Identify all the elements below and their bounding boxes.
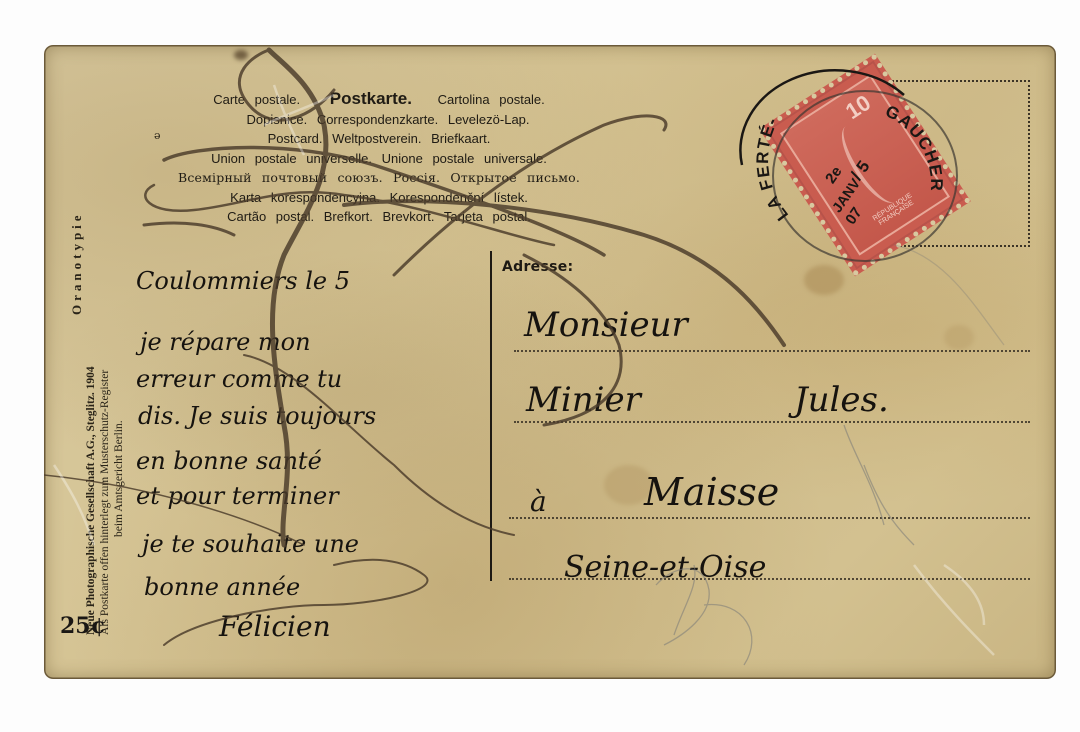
header-text: Correspondenzkarte. (317, 112, 438, 127)
header-text: Briefkaart. (431, 131, 490, 146)
stain (944, 325, 974, 350)
header-title: Postkarte. (310, 89, 428, 108)
address-town: Maisse (644, 470, 779, 514)
address-prefix: à (530, 485, 547, 518)
header-text: Cartolina postale. (438, 92, 545, 107)
message-line-7: je te souhaite une (142, 530, 359, 558)
price-note: 25¢ (60, 613, 106, 639)
address-department: Seine-et-Oise (564, 550, 766, 585)
header-text: Dopisnice. (246, 112, 307, 127)
header-row-2: Dopisnice. Correspondenzkarte. Levelezö-… (144, 110, 614, 130)
header-text: Korespondenční lístek. (390, 190, 528, 205)
header-text: Tarjeta postal. (444, 209, 531, 224)
postmark (772, 90, 958, 262)
address-line-1 (514, 350, 1030, 352)
message-line-2: je répare mon (140, 328, 311, 356)
postcard: Oranotypie Neue Photographische Gesellsc… (44, 45, 1056, 679)
header-text: Weltpostverein. (332, 131, 421, 146)
header-text: Carte postale. (213, 92, 300, 107)
header-row-6: Karta korespondencyjna. Korespondenční l… (144, 188, 614, 208)
publisher-line-3: beim Amtsgericht Berlin. (112, 211, 126, 635)
address-surname: Minier (526, 380, 641, 420)
message-line-5: en bonne santé (136, 447, 322, 475)
signature: Félicien (219, 610, 331, 643)
header-row-4: Union postale universelle. Unione postal… (144, 149, 614, 169)
publisher-brand: Oranotypie (70, 211, 84, 635)
header-text: Karta korespondencyjna. (230, 190, 380, 205)
publisher-line-2: Als Postkarte offen hinterlegt zum Muste… (98, 211, 112, 635)
header-text: Открытое письмо. (450, 170, 580, 185)
publisher-line-1: Neue Photographische Gesellschaft A.G., … (84, 211, 98, 635)
message-line-4: dis. Je suis toujours (138, 402, 376, 430)
header-text: Unione postale universale. (382, 151, 547, 166)
header-text: Всемiрный почтовый союзъ. (178, 170, 383, 185)
stain (234, 50, 248, 60)
header-text: Levelezö-Lap. (448, 112, 530, 127)
header-text: Postcard. (268, 131, 323, 146)
message-line-1: Coulommiers le 5 (136, 267, 350, 295)
message-line-6: et pour terminer (136, 482, 339, 510)
vertical-divider (490, 251, 492, 581)
header-text: Brevkort. (382, 209, 434, 224)
header-text: Cartão postal. (227, 209, 314, 224)
header-row-3: Postcard. Weltpostverein. Briefkaart. (144, 129, 614, 149)
header-text: Union postale universelle. (211, 151, 372, 166)
message-line-8: bonne année (144, 573, 300, 601)
header-row-7: Cartão postal. Brefkort. Brevkort. Tarje… (144, 207, 614, 227)
header-row-5: Всемiрный почтовый союзъ. Россiя. Открыт… (144, 168, 614, 188)
address-firstname: Jules. (794, 380, 889, 420)
stain (804, 265, 844, 295)
address-line-3 (509, 517, 1030, 519)
header-row-1: Carte postale. Postkarte. Cartolina post… (144, 89, 614, 110)
message-line-3: erreur comme tu (136, 365, 342, 393)
multilingual-header: Carte postale. Postkarte. Cartolina post… (144, 89, 614, 227)
printer-mark: ə (154, 129, 161, 142)
address-salutation: Monsieur (524, 305, 688, 345)
header-text: Россiя. (393, 170, 440, 185)
header-text: Brefkort. (324, 209, 373, 224)
address-line-2 (514, 421, 1030, 423)
publisher-imprint: Oranotypie Neue Photographische Gesellsc… (70, 211, 126, 635)
address-label: Adresse: (502, 259, 573, 275)
